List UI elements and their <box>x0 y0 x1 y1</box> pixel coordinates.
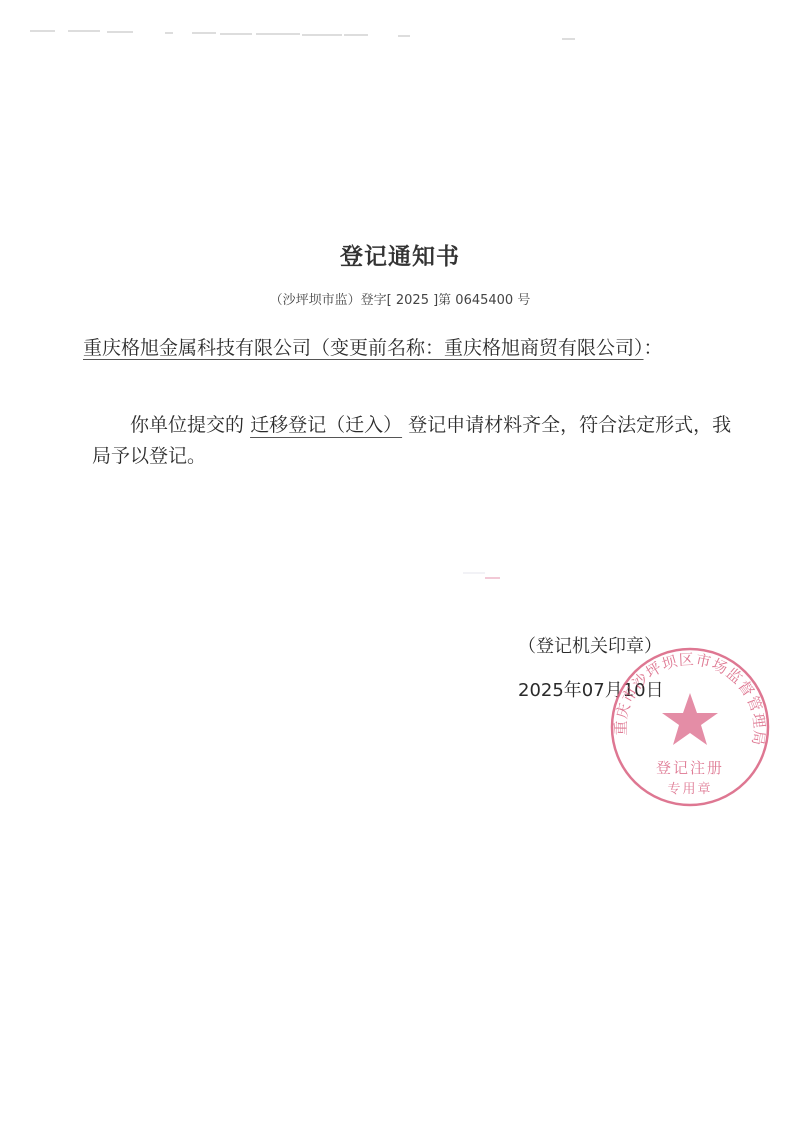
svg-text:专用章: 专用章 <box>667 781 712 797</box>
addressee: 重庆格旭金属科技有限公司（变更前名称：重庆格旭商贸有限公司）： <box>83 333 683 364</box>
svg-text:登记注册: 登记注册 <box>656 759 724 777</box>
scan-artifact-lines <box>0 0 800 60</box>
notice-body: 你单位提交的 迁移登记（迁入） 登记申请材料齐全，符合法定形式，我局予以登记。 <box>92 410 742 472</box>
scan-smudge <box>455 568 515 584</box>
star-icon <box>662 693 718 745</box>
addressee-colon: ： <box>644 337 663 359</box>
registration-type: 迁移登记（迁入） <box>250 414 402 436</box>
body-prefix: 你单位提交的 <box>130 414 244 436</box>
document-number: （沙坪坝市监）登字[ 2025 ]第 0645400 号 <box>0 289 800 308</box>
official-seal-stamp: 重庆市沙坪坝区市场监督管理局 登记注册 专用章 <box>605 645 775 810</box>
document-title: 登记通知书 <box>0 238 800 271</box>
company-name: 重庆格旭金属科技有限公司（变更前名称：重庆格旭商贸有限公司） <box>83 337 644 359</box>
